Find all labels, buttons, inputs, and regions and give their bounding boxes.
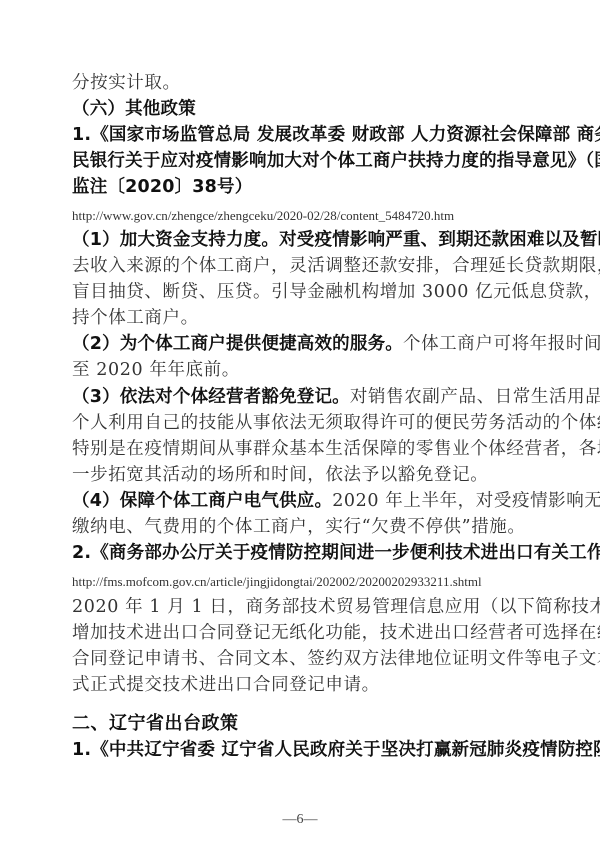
- item-2-line-1: （2）为个体工商户提供便捷高效的服务。个体工商户可将年报时间延长: [72, 332, 530, 356]
- item-2-text: 个体工商户可将年报时间延长: [403, 334, 600, 354]
- page-number: —6—: [0, 812, 600, 828]
- section-heading-other-policies: （六）其他政策: [72, 97, 530, 121]
- body-text-line: 个人利用自己的技能从事依法无须取得许可的便民劳务活动的个体经营者，: [72, 411, 530, 435]
- item-1-line-1: （1）加大资金支持力度。对受疫情影响严重、到期还款困难以及暂时失: [72, 228, 530, 252]
- body-text-line: 2020 年 1 月 1 日，商务部技术贸易管理信息应用（以下简称技术应用）已: [72, 595, 530, 619]
- policy-title-1-line-2: 民银行关于应对疫情影响加大对个体工商户扶持力度的指导意见》（国市: [72, 149, 530, 173]
- body-text-line: 盲目抽贷、断贷、压贷。引导金融机构增加 3000 亿元低息贷款，定向支: [72, 280, 530, 304]
- body-text-line: 合同登记申请书、合同文本、签约双方法律地位证明文件等电子文本的方: [72, 647, 530, 671]
- item-3-line-1: （3）依法对个体经营者豁免登记。对销售农副产品、日常生活用品或者: [72, 385, 530, 409]
- section-heading-liaoning: 二、辽宁省出台政策: [72, 712, 530, 736]
- policy-1-url-link[interactable]: http://www.gov.cn/zhengce/zhengceku/2020…: [72, 204, 530, 228]
- item-2-heading: （2）为个体工商户提供便捷高效的服务。: [72, 334, 403, 354]
- body-text-line: 至 2020 年年底前。: [72, 358, 530, 382]
- item-4-text: 2020 年上半年，对受疫情影响无力足额: [332, 491, 600, 511]
- body-text-line: 增加技术进出口合同登记无纸化功能，技术进出口经营者可选择在线上传: [72, 621, 530, 645]
- body-text-line: 持个体工商户。: [72, 306, 530, 330]
- body-text-line: 分按实计取。: [72, 71, 530, 95]
- item-1-text: 对受疫情影响严重、到期还款困难以及暂时失: [279, 230, 600, 250]
- body-text-line: 式正式提交技术进出口合同登记申请。: [72, 673, 530, 697]
- item-1-heading: （1）加大资金支持力度。: [72, 230, 279, 250]
- body-text-line: 去收入来源的个体工商户，灵活调整还款安排，合理延长贷款期限，不得: [72, 254, 530, 278]
- liaoning-policy-title-1: 1.《中共辽宁省委 辽宁省人民政府关于坚决打赢新冠肺炎疫情防控阻击战: [72, 738, 530, 762]
- policy-title-1-line-3: 监注〔2020〕38号）: [72, 175, 530, 199]
- item-4-heading: （4）保障个体工商户电气供应。: [72, 491, 332, 511]
- body-text-line: 一步拓宽其活动的场所和时间，依法予以豁免登记。: [72, 463, 530, 487]
- item-3-heading: （3）依法对个体经营者豁免登记。: [72, 387, 350, 407]
- policy-2-url-link[interactable]: http://fms.mofcom.gov.cn/article/jingjid…: [72, 570, 530, 594]
- policy-title-1-line-1: 1.《国家市场监管总局 发展改革委 财政部 人力资源社会保障部 商务部 人: [72, 123, 530, 147]
- body-text-line: 缴纳电、气费用的个体工商户，实行“欠费不停供”措施。: [72, 515, 530, 539]
- item-4-line-1: （4）保障个体工商户电气供应。2020 年上半年，对受疫情影响无力足额: [72, 489, 530, 513]
- item-3-text: 对销售农副产品、日常生活用品或者: [350, 387, 600, 407]
- body-text-line: 特别是在疫情期间从事群众基本生活保障的零售业个体经营者，各地要进: [72, 437, 530, 461]
- policy-title-2: 2.《商务部办公厅关于疫情防控期间进一步便利技术进出口有关工作的通知》: [72, 541, 530, 565]
